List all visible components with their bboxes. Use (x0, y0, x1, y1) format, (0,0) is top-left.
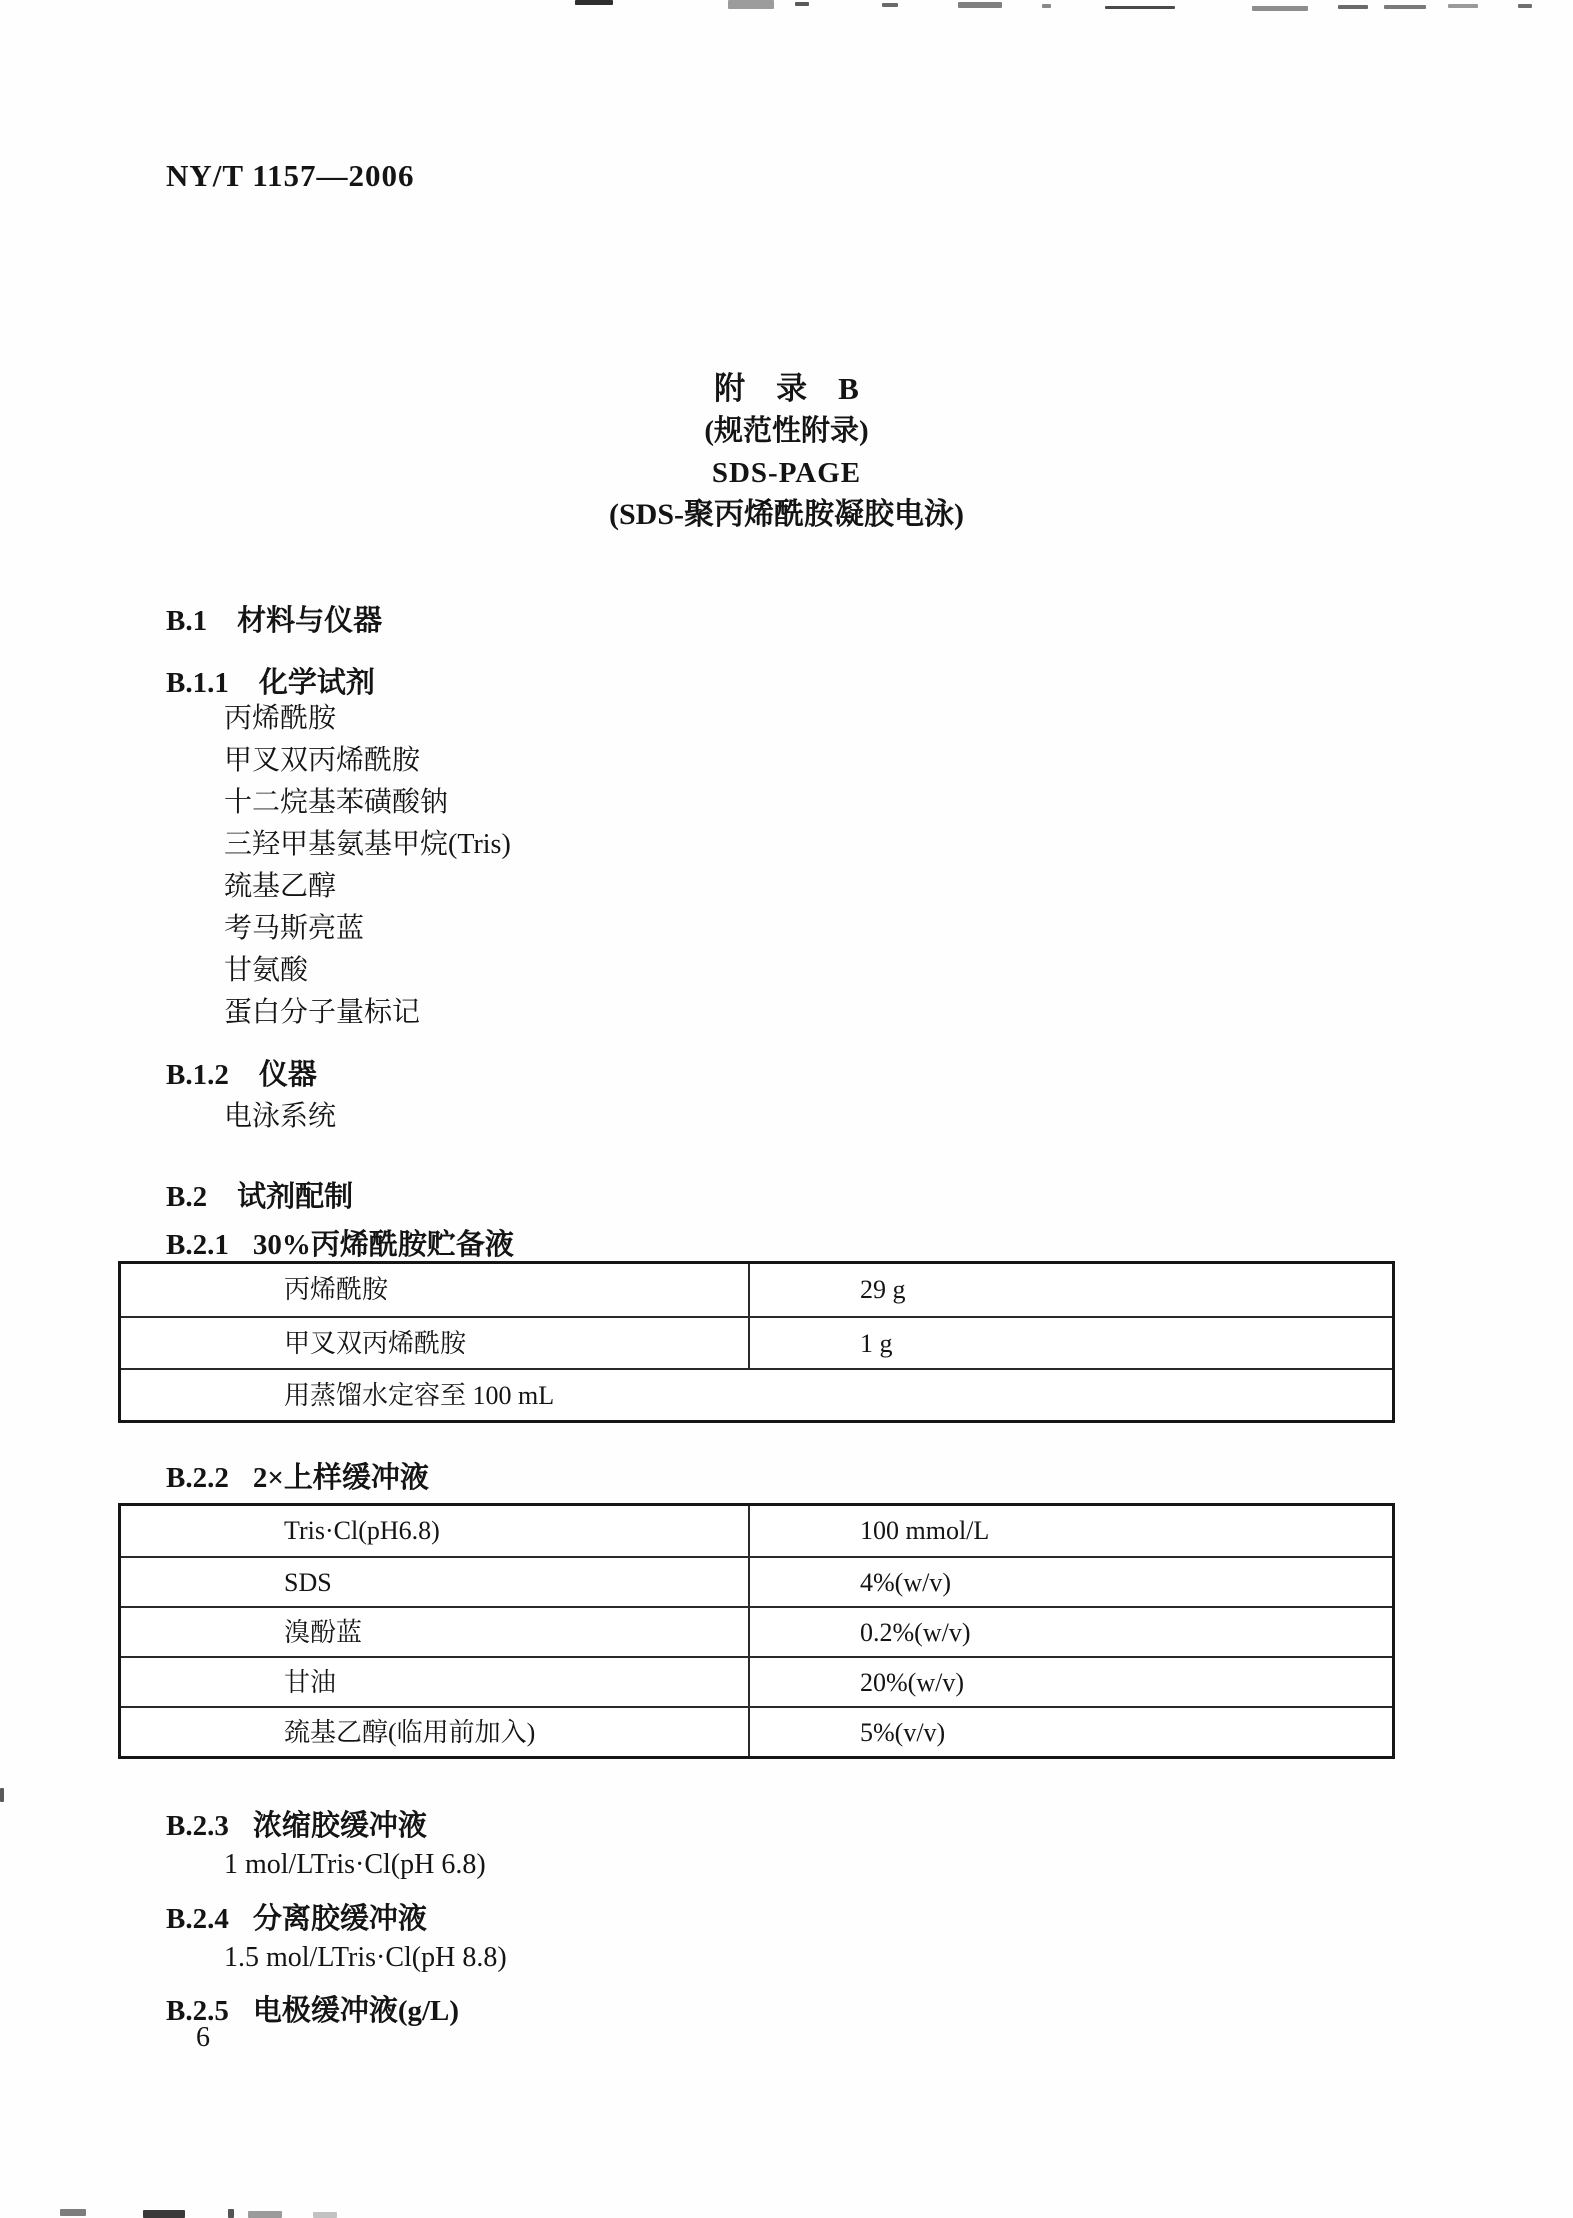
section-title: 电极缓冲液(g/L) (253, 1995, 459, 2027)
scan-artifact (1518, 4, 1532, 8)
scan-artifact (958, 2, 1002, 8)
table-cell-value: 0.2%(w/v) (750, 1608, 1392, 1656)
section-title: 浓缩胶缓冲液 (253, 1810, 427, 1842)
table-cell-label: SDS (121, 1558, 750, 1606)
table-cell-value: 5%(v/v) (750, 1708, 1392, 1756)
scan-artifact (60, 2209, 86, 2216)
scan-artifact (728, 0, 774, 9)
table-cell-full: 用蒸馏水定容至 100 mL (121, 1370, 1392, 1420)
scan-artifact (0, 1788, 4, 1802)
table-row: 巯基乙醇(临用前加入) 5%(v/v) (121, 1706, 1392, 1756)
section-title: 2×上样缓冲液 (253, 1462, 429, 1494)
appendix-subtitle-chinese: (SDS-聚丙烯酰胺凝胶电泳) (0, 494, 1573, 536)
table-row: SDS 4%(w/v) (121, 1556, 1392, 1606)
table-cell-label: 丙烯酰胺 (121, 1264, 750, 1316)
scan-artifact (1252, 6, 1308, 11)
table-row: 甘油 20%(w/v) (121, 1656, 1392, 1706)
buffer-spec-line: 1.5 mol/LTris·Cl(pH 8.8) (224, 1942, 507, 1974)
list-item: 三羟甲基氨基甲烷(Tris) (224, 824, 511, 866)
table-cell-label: Tris·Cl(pH6.8) (121, 1506, 750, 1556)
list-item: 十二烷基苯磺酸钠 (224, 782, 511, 824)
acrylamide-stock-table: 丙烯酰胺 29 g 甲叉双丙烯酰胺 1 g 用蒸馏水定容至 100 mL (118, 1261, 1395, 1423)
scan-artifact (313, 2212, 337, 2218)
section-number: B.2 (166, 1181, 207, 1214)
section-number: B.2.4 (166, 1903, 229, 1936)
chemical-list: 丙烯酰胺 甲叉双丙烯酰胺 十二烷基苯磺酸钠 三羟甲基氨基甲烷(Tris) 巯基乙… (224, 698, 511, 1034)
scan-artifact (575, 0, 613, 5)
list-item: 考马斯亮蓝 (224, 908, 511, 950)
table-row: 丙烯酰胺 29 g (121, 1264, 1392, 1316)
list-item: 甘氨酸 (224, 950, 511, 992)
section-heading-b22: B.2.22×上样缓冲液 (166, 1455, 429, 1496)
section-heading-b2: B.2试剂配制 (166, 1174, 353, 1215)
list-item: 蛋白分子量标记 (224, 992, 511, 1034)
appendix-subtitle-normative: (规范性附录) (0, 410, 1573, 452)
section-title: 仪器 (259, 1059, 317, 1091)
list-item: 巯基乙醇 (224, 866, 511, 908)
scan-artifact (1042, 4, 1051, 8)
section-heading-b11: B.1.1化学试剂 (166, 660, 375, 701)
doc-code: NY/T 1157—2006 (166, 158, 415, 194)
section-heading-b23: B.2.3浓缩胶缓冲液 (166, 1803, 427, 1844)
list-item: 甲叉双丙烯酰胺 (224, 740, 511, 782)
table-cell-value: 4%(w/v) (750, 1558, 1392, 1606)
section-title: 化学试剂 (259, 667, 375, 699)
table-cell-value: 100 mmol/L (750, 1506, 1392, 1556)
section-heading-b21: B.2.130%丙烯酰胺贮备液 (166, 1222, 514, 1263)
table-cell-value: 29 g (750, 1264, 1392, 1316)
table-row: 溴酚蓝 0.2%(w/v) (121, 1606, 1392, 1656)
scan-artifact (795, 2, 809, 6)
section-number: B.1.1 (166, 667, 229, 700)
section-number: B.1 (166, 605, 207, 638)
loading-buffer-table: Tris·Cl(pH6.8) 100 mmol/L SDS 4%(w/v) 溴酚… (118, 1503, 1395, 1759)
list-item: 丙烯酰胺 (224, 698, 511, 740)
instrument-list: 电泳系统 (224, 1096, 336, 1138)
section-heading-b1: B.1材料与仪器 (166, 598, 382, 639)
section-number: B.2.3 (166, 1810, 229, 1843)
table-cell-label: 溴酚蓝 (121, 1608, 750, 1656)
scan-artifact (248, 2211, 282, 2218)
buffer-spec-line: 1 mol/LTris·Cl(pH 6.8) (224, 1849, 486, 1881)
table-cell-value: 1 g (750, 1318, 1392, 1368)
table-cell-value: 20%(w/v) (750, 1658, 1392, 1706)
scan-artifact (1338, 5, 1368, 9)
page-number: 6 (196, 2022, 210, 2054)
document-page: NY/T 1157—2006 附 录 B (规范性附录) SDS-PAGE (S… (0, 0, 1573, 2218)
scan-artifact (143, 2210, 185, 2218)
section-heading-b24: B.2.4分离胶缓冲液 (166, 1896, 427, 1937)
section-title: 试剂配制 (237, 1181, 353, 1213)
section-title: 分离胶缓冲液 (253, 1903, 427, 1935)
scan-artifact (882, 3, 898, 7)
appendix-subtitle-sds-page: SDS-PAGE (0, 452, 1573, 494)
scan-artifact (1448, 4, 1478, 8)
scan-artifact (228, 2209, 234, 2218)
appendix-title: 附 录 B (0, 368, 1573, 410)
section-title: 材料与仪器 (237, 605, 382, 637)
scan-artifact (1384, 5, 1426, 9)
section-heading-b12: B.1.2仪器 (166, 1052, 317, 1093)
scan-artifact (1105, 6, 1175, 9)
section-number: B.2.2 (166, 1462, 229, 1495)
table-cell-label: 甲叉双丙烯酰胺 (121, 1318, 750, 1368)
table-row: 用蒸馏水定容至 100 mL (121, 1368, 1392, 1420)
table-cell-label: 甘油 (121, 1658, 750, 1706)
section-number: B.1.2 (166, 1059, 229, 1092)
appendix-title-block: 附 录 B (规范性附录) SDS-PAGE (SDS-聚丙烯酰胺凝胶电泳) (0, 368, 1573, 536)
table-row: Tris·Cl(pH6.8) 100 mmol/L (121, 1506, 1392, 1556)
list-item: 电泳系统 (224, 1096, 336, 1138)
table-row: 甲叉双丙烯酰胺 1 g (121, 1316, 1392, 1368)
table-cell-label: 巯基乙醇(临用前加入) (121, 1708, 750, 1756)
section-number: B.2.1 (166, 1229, 229, 1262)
section-title: 30%丙烯酰胺贮备液 (253, 1229, 514, 1261)
